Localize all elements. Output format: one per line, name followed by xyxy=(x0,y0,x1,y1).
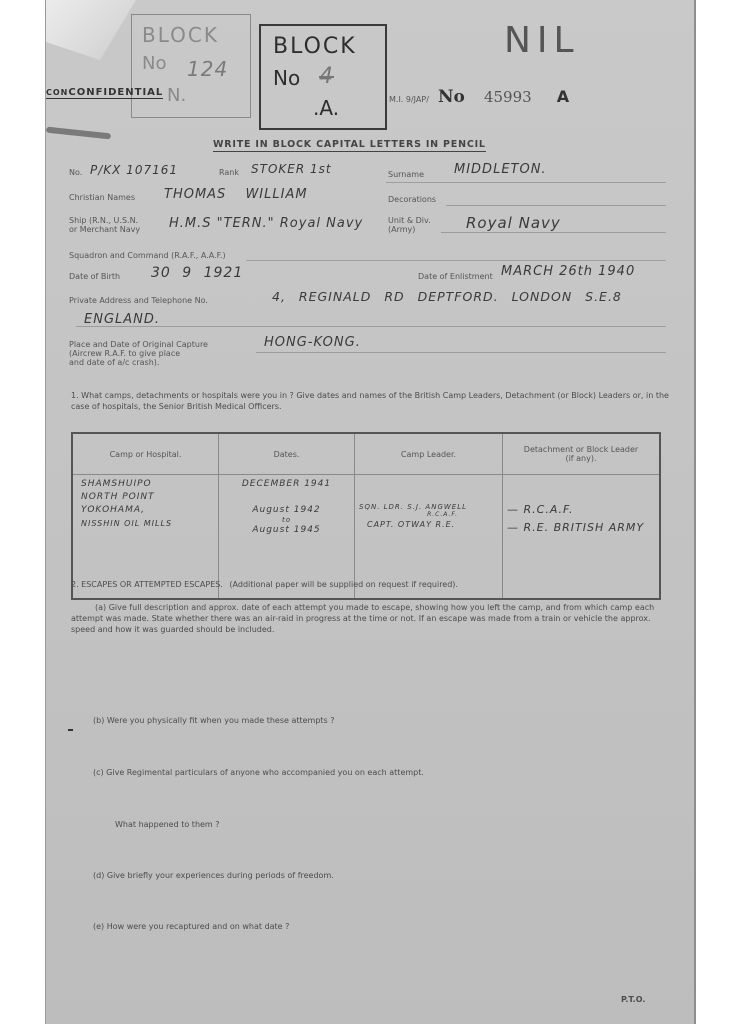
dob-value: 30 9 1921 xyxy=(151,265,243,281)
header-dates: Dates. xyxy=(219,433,355,475)
confidential-overprint: CON xyxy=(46,88,68,97)
stamp-line2: No xyxy=(273,66,300,90)
capture-rule xyxy=(256,352,666,353)
enlistment-value: MARCH 26th 1940 xyxy=(501,264,635,279)
section2-heading-block: 2. ESCAPES OR ATTEMPTED ESCAPES. (Additi… xyxy=(71,580,458,589)
decorations-rule xyxy=(446,205,666,206)
address-value-line1: 4, REGINALD RD DEPTFORD. LONDON S.E.8 xyxy=(272,289,622,304)
confidential-label: CONCONFIDENTIAL xyxy=(46,87,163,99)
leader-line: CAPT. OTWAY R.E. xyxy=(359,518,498,531)
section2-heading-note: (Additional paper will be supplied on re… xyxy=(229,580,458,589)
torn-corner xyxy=(46,0,136,60)
camps-table: Camp or Hospital. Dates. Camp Leader. De… xyxy=(71,432,661,600)
confidential-text: CONFIDENTIAL xyxy=(68,87,163,98)
capture-label-line1: Place and Date of Original Capture xyxy=(69,340,208,349)
capture-label-line2: (Aircrew R.A.F. to give place xyxy=(69,349,208,358)
date-line xyxy=(227,491,346,504)
stamp-struck-number: 4 xyxy=(319,64,334,89)
unit-label-line2: (Army) xyxy=(388,225,431,234)
section1-question: 1. What camps, detachments or hospitals … xyxy=(71,390,671,412)
rank-value: STOKER 1st xyxy=(251,162,332,176)
surname-rule xyxy=(386,182,666,183)
stamp-faint-line1: BLOCK xyxy=(142,23,219,47)
paper-clip-mark xyxy=(46,127,111,140)
section2-question-d: (d) Give briefly your experiences during… xyxy=(93,871,334,880)
surname-value: MIDDLETON. xyxy=(454,162,547,177)
form-title: WRITE IN BLOCK CAPITAL LETTERS IN PENCIL xyxy=(213,139,486,152)
no-value: P/KX 107161 xyxy=(90,163,178,177)
document-page: BLOCK No 124 N. CONCONFIDENTIAL BLOCK No… xyxy=(45,0,696,1024)
stamp-faint-suffix: N. xyxy=(167,85,186,106)
unit-value: Royal Navy xyxy=(466,214,561,232)
form-letter: A xyxy=(557,87,569,106)
camps-table-header: Camp or Hospital. Dates. Camp Leader. De… xyxy=(72,433,660,475)
block-stamp-faint: BLOCK No 124 N. xyxy=(131,14,251,118)
stamp-faint-line2: No xyxy=(142,53,166,74)
section2-question-e: (e) How were you recaptured and on what … xyxy=(93,922,289,931)
form-ref-code: M.I. 9/JAP/ xyxy=(389,95,429,104)
squadron-rule xyxy=(246,260,666,261)
nil-annotation: NIL xyxy=(504,20,580,61)
camp-line: YOKOHAMA, xyxy=(81,504,210,517)
ink-mark xyxy=(68,729,73,731)
form-number: 45993 xyxy=(484,88,532,106)
date-line: August 1945 xyxy=(227,524,346,537)
ship-label-line1: Ship (R.N., U.S.N. xyxy=(69,216,140,225)
section2-question-b: (b) Were you physically fit when you mad… xyxy=(93,716,335,725)
detachment-line: — R.E. BRITISH ARMY xyxy=(507,519,655,537)
rank-label: Rank xyxy=(219,168,239,177)
christian-names-label: Christian Names xyxy=(69,193,135,202)
unit-label-line1: Unit & Div. xyxy=(388,216,431,225)
pto-label: P.T.O. xyxy=(621,995,645,1004)
camp-line: NORTH POINT xyxy=(81,491,210,504)
section2-question-a: (a) Give full description and approx. da… xyxy=(71,602,669,635)
stamp-suffix: .A. xyxy=(313,96,339,120)
ship-label-line2: or Merchant Navy xyxy=(69,225,140,234)
unit-rule xyxy=(441,232,666,233)
stamp-faint-number: 124 xyxy=(187,57,228,81)
unit-label: Unit & Div. (Army) xyxy=(388,216,431,234)
address-value-line2: ENGLAND. xyxy=(84,312,160,327)
camp-line: NISSHIN OIL MILLS xyxy=(81,517,210,530)
ship-label: Ship (R.N., U.S.N. or Merchant Navy xyxy=(69,216,140,234)
section2-question-c: (c) Give Regimental particulars of anyon… xyxy=(93,768,424,777)
capture-label: Place and Date of Original Capture (Airc… xyxy=(69,340,208,367)
decorations-label: Decorations xyxy=(388,195,436,204)
squadron-label: Squadron and Command (R.A.F., A.A.F.) xyxy=(69,251,226,260)
header-camp-leader: Camp Leader. xyxy=(355,433,503,475)
address-label: Private Address and Telephone No. xyxy=(69,296,208,305)
section2-question-c-followup: What happened to them ? xyxy=(115,820,220,829)
capture-value: HONG-KONG. xyxy=(264,335,361,350)
section2-heading: 2. ESCAPES OR ATTEMPTED ESCAPES. xyxy=(71,580,223,589)
surname-label: Surname xyxy=(388,170,424,179)
enlistment-label: Date of Enlistment xyxy=(418,272,493,281)
cell-detachment-leader: — R.C.A.F. — R.E. BRITISH ARMY xyxy=(503,475,661,600)
detachment-line: — R.C.A.F. xyxy=(507,501,655,519)
address-rule xyxy=(76,326,666,327)
date-line: to xyxy=(227,517,346,524)
capture-label-line3: and date of a/c crash). xyxy=(69,358,208,367)
stamp-line1: BLOCK xyxy=(273,34,357,59)
christian-names-value: THOMAS WILLIAM xyxy=(164,187,308,202)
header-detachment-leader: Detachment or Block Leader (if any). xyxy=(503,433,661,475)
date-line: DECEMBER 1941 xyxy=(227,478,346,491)
header-camp: Camp or Hospital. xyxy=(72,433,219,475)
camp-line: SHAMSHUIPO xyxy=(81,478,210,491)
block-stamp: BLOCK No 4 .A. xyxy=(259,24,387,130)
dob-label: Date of Birth xyxy=(69,272,120,281)
form-no-label: No xyxy=(438,87,465,107)
no-label: No. xyxy=(69,168,82,177)
ship-value: H.M.S "TERN." Royal Navy xyxy=(169,216,363,231)
form-reference: M.I. 9/JAP/ No 45993 A xyxy=(389,87,569,107)
